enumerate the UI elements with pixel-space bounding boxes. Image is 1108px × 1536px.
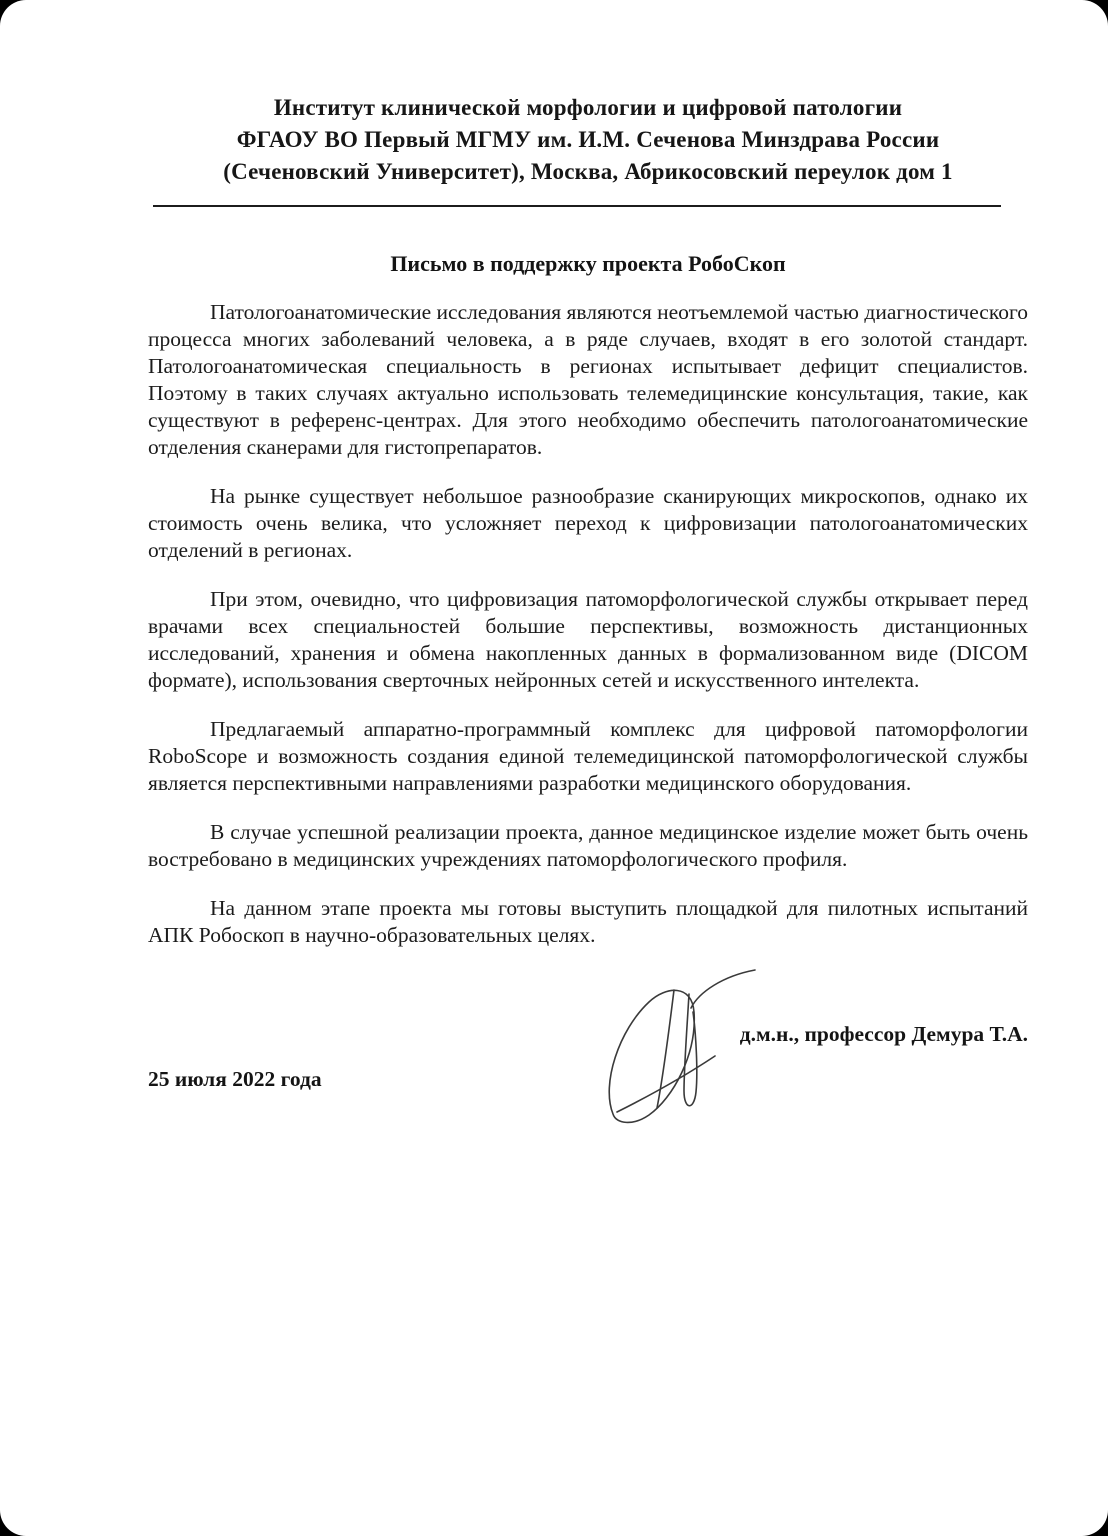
signature-row: д.м.н., профессор Демура Т.А. xyxy=(148,1021,1028,1048)
paragraph-4: Предлагаемый аппаратно-программный компл… xyxy=(148,716,1028,797)
paragraph-6: На данном этапе проекта мы готовы выступ… xyxy=(148,895,1028,949)
paragraph-3: При этом, очевидно, что цифровизация пат… xyxy=(148,586,1028,694)
letter-page: Институт клинической морфологии и цифров… xyxy=(0,0,1108,1536)
divider-line xyxy=(153,205,1001,207)
letter-title: Письмо в поддержку проекта РобоСкоп xyxy=(148,250,1028,277)
paragraph-1: Патологоанатомические исследования являю… xyxy=(148,299,1028,461)
letter-date: 25 июля 2022 года xyxy=(148,1066,1028,1093)
letterhead: Институт клинической морфологии и цифров… xyxy=(148,92,1028,188)
letterhead-line-2: ФГАОУ ВО Первый МГМУ им. И.М. Сеченова М… xyxy=(148,124,1028,156)
paragraph-5: В случае успешной реализации проекта, да… xyxy=(148,819,1028,873)
letterhead-line-1: Институт клинической морфологии и цифров… xyxy=(148,92,1028,124)
paragraph-2: На рынке существует небольшое разнообраз… xyxy=(148,483,1028,564)
screenshot-stage: Институт клинической морфологии и цифров… xyxy=(0,0,1108,1536)
letterhead-line-3: (Сеченовский Университет), Москва, Абрик… xyxy=(148,156,1028,188)
signatory-name: д.м.н., профессор Демура Т.А. xyxy=(740,1022,1028,1046)
